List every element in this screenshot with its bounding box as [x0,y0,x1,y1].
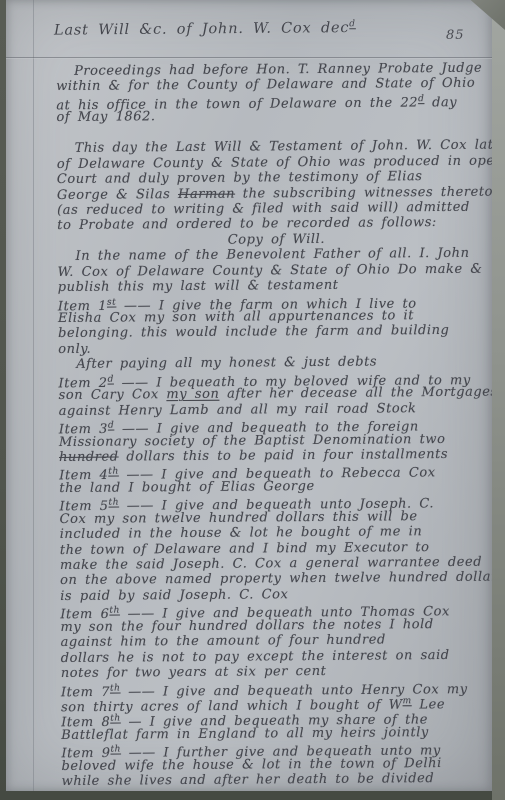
text-segment: belonging. this would include the farm a… [58,323,449,341]
text-segment: publish this my last will & testament [58,278,339,295]
header-rule [6,57,492,58]
text-segment: George & Silas [57,187,178,203]
text-segment: while she lives and after her death to b… [62,771,435,789]
text-segment: day [424,95,457,110]
superscript-text: th [109,498,120,508]
text-line: Item 4th —— I give and bequeath to Rebec… [59,462,497,481]
text-line: while she lives and after her death to b… [62,771,500,790]
text-segment: on the above named property when twelve … [60,570,505,588]
page-title-superscript: d [349,19,356,29]
struck-text: hundred [59,449,119,464]
text-segment: to Probate and ordered to be recorded as… [57,215,437,233]
text-segment: After paying all my honest & just debts [76,355,377,372]
text-segment: of Delaware County & State of Ohio was p… [57,153,504,172]
page-title: Last Will &c. of John. W. Cox dec [54,20,349,39]
text-segment: Copy of Will. [228,232,325,248]
text-segment: the land I bought of Elias George [59,479,315,496]
text-segment: only. [58,342,91,357]
text-line: son thirty acres of land which I bought … [61,693,499,712]
left-margin-rule [33,0,34,791]
text-segment: dollars he is not to pay except the inte… [61,648,450,666]
text-segment: after her decease all the Mortgages [219,385,497,402]
page-right-edge [492,0,505,800]
superscript-text: th [110,745,121,755]
text-segment: the subscribing witnesses thereto [235,184,493,201]
page-number: 85 [446,28,465,43]
text-segment: W. Cox of Delaware County & State of Ohi… [58,261,483,279]
struck-text: Harman [178,186,235,201]
text-segment: son Cary Cox [59,387,167,403]
underlined-text: my son [166,387,219,402]
superscript-text: th [110,714,121,724]
text-line: Item 5th —— I give and bequeath unto Jos… [59,493,497,512]
ledger-photo: Last Will &c. of John. W. Cox decd 85 Pr… [0,0,505,800]
superscript-text: th [109,606,120,616]
page-header: Last Will &c. of John. W. Cox decd [54,18,474,38]
ledger-page: Last Will &c. of John. W. Cox decd 85 Pr… [6,0,492,791]
manuscript-text: Proceedings had before Hon. T. Ranney Pr… [56,61,500,790]
text-segment: is paid by said Joseph. C. Cox [60,587,288,604]
superscript-text: th [108,467,119,477]
text-segment: of May 1862. [56,110,155,126]
superscript-text: th [110,683,121,693]
text-segment: notes for two years at six per cent [61,664,327,681]
superscript-text: m [403,696,412,706]
text-line: at his office in the town of Delaware on… [56,91,494,110]
